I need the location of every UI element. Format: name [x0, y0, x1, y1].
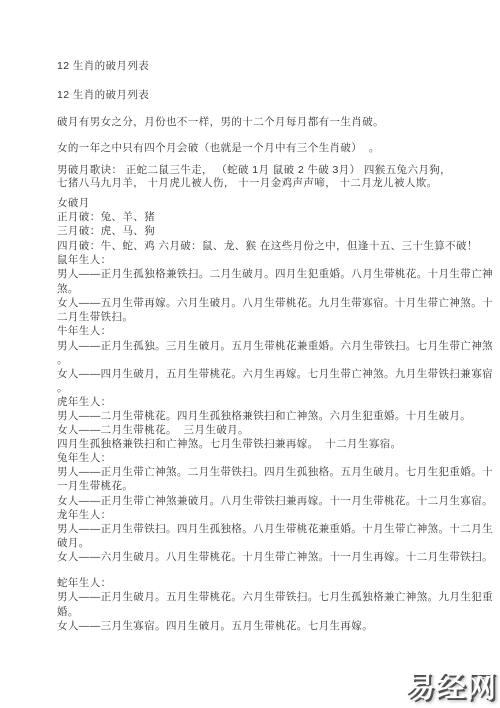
section-heading-ox: 牛年生人：: [57, 325, 112, 338]
doc-line: 二月生带铁扫。: [57, 311, 133, 324]
male-rhyme-line: 七猪八马九月羊， 十月虎儿被人伤， 十一月金鸡声声啼， 十二月龙儿被人欺。: [57, 177, 438, 190]
doc-line: 。: [57, 382, 68, 395]
doc-line: 一月生带桃花。: [57, 480, 133, 493]
page-title-repeat: 12 生肖的破月列表: [57, 89, 149, 102]
doc-line: 女人——四月生破月，五月生带桃花。六月生再嫁。七月生带亡神煞。九月生带铁扫兼寡宿: [57, 368, 493, 381]
doc-line: 男人——正月生带铁扫。四月生孤独格。八月生带桃花兼重婚。十月生带亡神煞。十二月生: [57, 523, 493, 536]
section-heading-rabbit: 兔年生人：: [57, 452, 112, 465]
doc-line: 女人——二月生带桃花。 三月生破月。: [57, 424, 249, 437]
doc-line: 男人——二月生带桃花。四月生孤独格兼铁扫和亡神煞。六月生犯重婚。十月生破月。: [57, 410, 471, 423]
doc-line: 女人——三月生寡宿。四月生破月。五月生带桃花。七月生再嫁。: [57, 620, 373, 633]
male-rhyme-line: 男破月歌诀： 正蛇二鼠三牛走， （蛇破 1月 鼠破 2 牛破 3月） 四猴五兔六…: [57, 164, 451, 177]
doc-line: 男人——正月生破月。五月生带桃花。六月生带铁扫。七月生孤独格兼亡神煞。九月生犯重: [57, 591, 493, 604]
female-section-title: 女破月: [57, 197, 90, 210]
section-heading-dragon: 龙年生人：: [57, 509, 112, 522]
section-heading-snake: 蛇年生人：: [57, 577, 112, 590]
doc-line: 破月。: [57, 537, 90, 550]
section-heading-rat: 鼠年生人：: [57, 254, 112, 267]
female-month-line: 四月破：牛、蛇、鸡 六月破：鼠、龙、猴 在这些月份之中，但逢十五、三十生算不破！: [57, 240, 478, 253]
doc-line: 煞。: [57, 283, 79, 296]
site-logo-watermark: 易经网: [405, 662, 497, 706]
intro-line: 破月有男女之分，月份也不一样，男的十二个月每月都有一生肖破。: [57, 116, 384, 129]
doc-line: 女人——六月生破月。八月生带桃花。十月生带亡神煞。十一月生再嫁。十二月生带铁扫。: [57, 551, 493, 564]
intro-line: 女的一年之中只有四个月会破（也就是一个月中有三个生肖破） 。: [57, 142, 380, 155]
doc-line: 女人——五月生带再嫁。六月生破月。八月生带桃花。九月生带寡宿。十月生带亡神煞。十: [57, 297, 493, 310]
doc-line: 四月生孤独格兼铁扫和亡神煞。七月生带铁扫兼再嫁。 十二月生寡宿。: [57, 438, 402, 451]
doc-line: 男人——正月生孤独。三月生破月。五月生带桃花兼重婚。六月生带铁扫。七月生带亡神煞: [57, 340, 493, 353]
female-month-line: 正月破：兔、羊、猪: [57, 211, 155, 224]
document-page: 12 生肖的破月列表 12 生肖的破月列表 破月有男女之分，月份也不一样，男的十…: [0, 0, 500, 708]
doc-line: 婚。: [57, 606, 79, 619]
female-month-line: 三月破：虎、马、狗: [57, 225, 155, 238]
section-heading-tiger: 虎年生人：: [57, 396, 112, 409]
doc-line: 男人——正月生孤独格兼铁扫。二月生破月。四月生犯重婚。八月生带桃花。十月生带亡神: [57, 268, 493, 281]
page-title: 12 生肖的破月列表: [57, 60, 149, 73]
doc-line: 。: [57, 354, 68, 367]
doc-line: 男人——正月生带亡神煞。二月生带铁扫。四月生孤独格。五月生破月。七月生犯重婚。十: [57, 466, 493, 479]
doc-line: 女人——正月生带亡神煞兼破月。八月生带铁扫兼再嫁。十一月生带桃花。十二月生寡宿。: [57, 495, 493, 508]
